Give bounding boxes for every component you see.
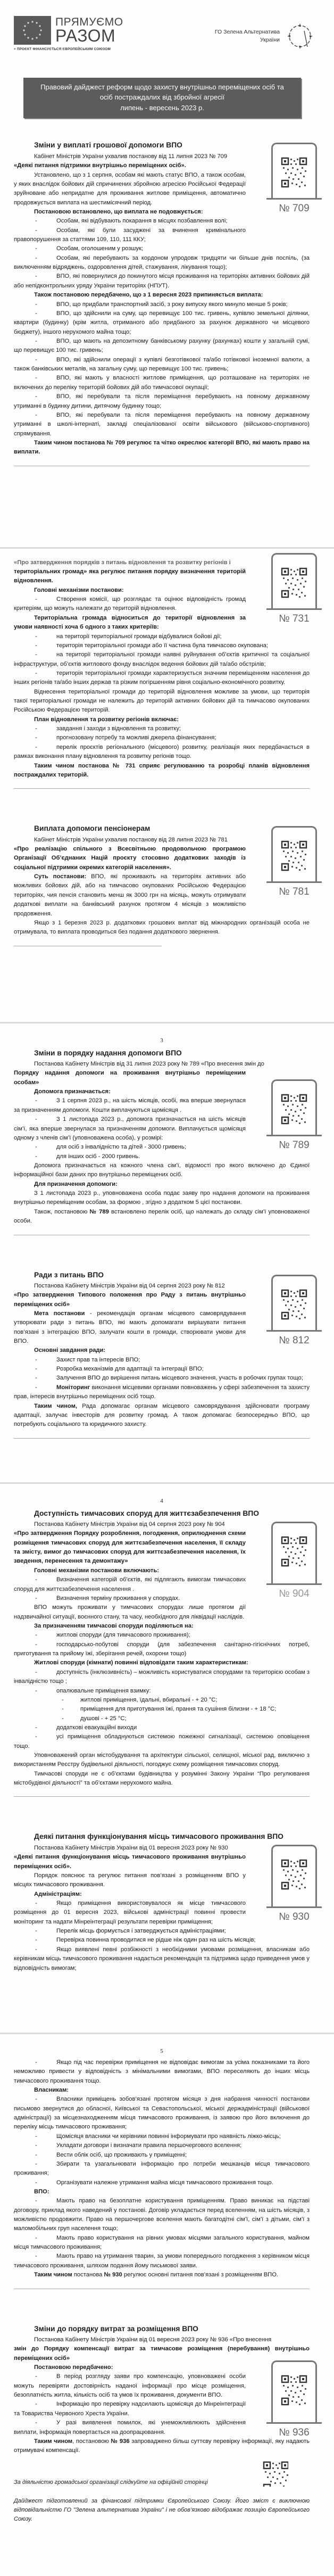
goal-label: Мета постанови <box>34 1310 85 1317</box>
list-item: В період розгляду заяви про компенсацію,… <box>14 2372 246 2400</box>
list-item: Особам, які були засуджені за вчинення к… <box>14 226 246 245</box>
list-item: Створення комісії, що розглядає та оціню… <box>14 595 246 614</box>
intro: Кабінет Міністрів України ухвалив постан… <box>14 836 246 845</box>
qr-label: № 904 <box>268 1586 320 1601</box>
section-heading: Зміни у виплаті грошової допомоги ВПО <box>14 139 310 151</box>
list-item: на території територіальної громади наяв… <box>14 650 310 669</box>
list-item: У разі виявлення помилок, які унеможливл… <box>14 2418 246 2437</box>
list-title: Постановою встановлено, що виплата не по… <box>14 208 246 217</box>
section-resolution-709: № 709 Зміни у виплаті грошової допомоги … <box>14 139 310 466</box>
section-heading: Зміни до порядку витрат за розміщення ВП… <box>14 2323 310 2334</box>
list-item: Залучення ВПО до вирішення питань місцев… <box>14 1374 310 1383</box>
list-title: Адміністраціям: <box>14 1890 246 1899</box>
section-heading: Зміни в порядку надання допомоги ВПО <box>14 1047 310 1059</box>
list-item: ВПО, що придбали транспортний засіб, з р… <box>14 300 310 309</box>
title-line-3: липень - вересень 2023 р. <box>29 103 296 113</box>
list-item: ВПО, які здійснили операції з купівлі бе… <box>14 356 310 374</box>
list-item: Якщо виявлені певні розбіжності з необхі… <box>14 1945 310 1973</box>
qr-card-731[interactable]: № 731 <box>268 553 320 626</box>
list-item: Перевірка повинна проводитися не рідше н… <box>14 1936 310 1945</box>
list-title: Також постановою передбачено, що з 1 вер… <box>14 291 310 300</box>
list-item: територія територіальної громади або її … <box>14 641 310 650</box>
paragraph: ВПО можуть проживати у тимчасових споруд… <box>14 1603 246 1622</box>
conclusion: Таким чином постанова № 709 регулює та ч… <box>14 439 310 457</box>
list-title: Головні механізми постанови: <box>14 586 246 595</box>
monitoring-label: Моніторинг <box>56 1384 90 1391</box>
section-heading: Ради з питань ВПО <box>14 1269 310 1281</box>
section-resolution-930: № 930 Деякі питання функціонування місць… <box>14 1831 310 1972</box>
resolution-title: «Про реалізацію спільного з Всесвітньою … <box>14 845 246 872</box>
page-number: 5 <box>14 2047 310 2056</box>
qr-card-781[interactable]: № 781 <box>268 826 320 899</box>
section-resolution-731: № 731 «Про затвердження порядків з питан… <box>14 558 310 789</box>
list-item: Захист прав та інтересів ВПО; <box>14 1356 246 1365</box>
list-title: За призначенням тимчасові споруди поділя… <box>14 1622 310 1631</box>
title-line-1: Правовий дайджест реформ щодо захисту вн… <box>29 82 296 93</box>
qr-card-904[interactable]: № 904 <box>268 1522 320 1601</box>
list-item: Мають право на утримання тварин, за умов… <box>14 2252 310 2270</box>
intro: Постанова Кабінету Міністрів України від… <box>14 1520 246 1529</box>
qr-code-icon <box>281 157 307 188</box>
conclusion-mid: , постановою <box>72 2438 109 2445</box>
list-item: Особам, які відбувають покарання в місця… <box>14 217 246 226</box>
list-item: Якщо приміщення використовувалося як міс… <box>14 1899 246 1927</box>
eu-flag-icon <box>14 16 51 45</box>
section-resolution-904: № 904 Доступність тимчасових споруд для … <box>14 1508 310 1797</box>
intro: Постанова Кабінету Міністрів від 31 липн… <box>14 1060 310 1069</box>
list-subitem: приміщення для приготування їжі, прання … <box>14 1705 310 1714</box>
qr-code-icon <box>281 2375 307 2406</box>
list-subitem: житлові приміщення, їдальні, вбиральні -… <box>14 1696 310 1705</box>
paragraph: Порядок пояснює та регулює питання пов’я… <box>14 1871 246 1890</box>
section-divider <box>14 1235 310 1235</box>
digest-title-banner: Правовий дайджест реформ щодо захисту вн… <box>23 78 301 119</box>
qr-label: № 709 <box>268 201 320 216</box>
list-item: З 1 листопада 2023 р., допомога признача… <box>14 1115 246 1143</box>
conclusion: регулює основні питання пов’язані з розм… <box>124 2272 278 2278</box>
list-item: ВПО, що мають на депозитному банківськом… <box>14 337 310 356</box>
list-item: ВПО, що здійснили на суму, що перевищує … <box>14 309 310 337</box>
resolution-title: змін до Порядку компенсації витрат за ти… <box>14 2344 310 2363</box>
list-title: Територіальна громада відноситься до тер… <box>14 614 246 632</box>
paragraph: Допомога призначається на кожного члена … <box>14 1161 310 1180</box>
org-name-line-1: ГО Зелена Альтернатива <box>215 28 280 36</box>
list-item: ВПО, які перебували та після переміщення… <box>14 392 310 411</box>
list-item: житлові споруди (для тимчасового прожива… <box>14 1631 310 1640</box>
intro: Постанова Кабінету Міністрів України від… <box>14 1282 246 1291</box>
list-item: Розробка механізмів для адаптації та інт… <box>14 1365 310 1374</box>
essence-label: Суть постанови: <box>34 873 86 880</box>
qr-card-812[interactable]: № 812 <box>268 1275 320 1348</box>
qr-label: № 781 <box>268 884 320 899</box>
intro: Постанова Кабінету Міністрів України від… <box>14 1844 246 1853</box>
qr-card-709[interactable]: № 709 <box>268 143 320 216</box>
list-title: Житлові споруди (кімнати) повинні відпов… <box>14 1658 310 1667</box>
section-heading: Деякі питання функціонування місць тимча… <box>14 1831 310 1842</box>
compass-emblem-icon <box>285 21 315 51</box>
paragraph: З 1 листопада 2023 р., уповноважена особ… <box>14 1189 310 1208</box>
qr-label: № 936 <box>268 2425 320 2440</box>
page-1: ПРЯМУЄМО РАЗОМ + ПРОЄКТ ФІНАНСУЄТЬСЯ ЄВР… <box>0 0 334 547</box>
paragraph: Уповноважений орган містобудування та ар… <box>14 1751 310 1770</box>
resolution-title-cut: «Про затвердження порядків з питань відн… <box>14 558 246 567</box>
section-resolution-936: № 936 Зміни до порядку витрат за розміще… <box>14 2323 310 2456</box>
title-line-2: осіб постраждалих від збройної агресії <box>29 92 296 103</box>
list-item: усі приміщення обладнуються системою пож… <box>14 1732 310 1751</box>
resolution-title: територіальних громад» яка регулює питан… <box>14 567 246 586</box>
section-divider <box>14 946 162 946</box>
list-item: ВПО, які мають у власності житлове примі… <box>14 374 310 392</box>
list-item: Особам, оголошеним у розшук; <box>14 244 310 253</box>
list-item: завдання і заходи з відновлення та розви… <box>14 724 310 733</box>
section-divider <box>14 466 310 466</box>
list-subitem: душові - + 25 °С; <box>14 1714 310 1723</box>
list-item: прогнозовану потребу та можливі джерела … <box>14 733 310 742</box>
conclusion-pre: Також, постановою <box>34 1209 87 1215</box>
brand-line-2: РАЗОМ <box>55 28 123 44</box>
list-item: Укладати договори і визначати правила пе… <box>14 2141 310 2150</box>
paragraph: Якщо з 1 березня 2023 р. додаткових грош… <box>14 919 310 937</box>
list-item: для інших осіб - 2000 гривень. <box>14 1152 246 1161</box>
list-item: доступність (інклюзивність) – можливість… <box>14 1668 310 1687</box>
document-header: ПРЯМУЄМО РАЗОМ + ПРОЄКТ ФІНАНСУЄТЬСЯ ЄВР… <box>14 10 310 52</box>
paragraph: Установлено, що з 1 серпня, особам які м… <box>14 171 246 208</box>
list-item: Власники приміщень зобов’язані протягом … <box>14 2095 310 2132</box>
resolution-number: № 936 <box>111 2438 129 2445</box>
page-5: 5 Якщо під час перевірки приміщення не в… <box>0 2033 334 2576</box>
list-title: Головні механізми постанови включають: <box>14 1566 246 1575</box>
project-logo: ПРЯМУЄМО РАЗОМ + ПРОЄКТ ФІНАНСУЄТЬСЯ ЄВР… <box>14 16 123 52</box>
list-item: Особам, які перебувають за кордоном упро… <box>14 254 310 273</box>
list-title: План відновлення та розвитку регіонів вк… <box>14 715 310 724</box>
page-4: 4 № 904 Доступність тимчасових споруд дл… <box>0 1482 334 2033</box>
list-item: Мають право на безоплатне користування п… <box>14 2197 310 2233</box>
conclusion-label: Таким чином <box>34 2272 72 2278</box>
resolution-number: № 930 <box>104 2272 122 2278</box>
qr-code-icon <box>281 567 307 598</box>
section-resolution-781: № 781 Виплата допомоги пенсіонерам Кабін… <box>14 823 310 946</box>
list-item: Організувати належне утримання майна міс… <box>14 2178 310 2187</box>
list-item: Вести облік осіб, що проживають у приміщ… <box>14 2151 310 2160</box>
resolution-title: «Про затвердження Типового положення про… <box>14 1291 246 1309</box>
conclusion: Таким чином постанова № 731 сприяє регул… <box>14 762 310 780</box>
list-item: перелік проєктів регіонального (місцевог… <box>14 743 310 762</box>
list-title: Основні завдання ради: <box>14 1346 246 1355</box>
paragraph: Віднесення територіальної громади до тер… <box>14 688 310 715</box>
org-logo: ГО Зелена Альтернатива України <box>215 21 315 51</box>
resolution-title: «Деякі питання функціонування місць тимч… <box>14 1853 246 1871</box>
list-item: опалювальне приміщення взимку: <box>14 1687 310 1696</box>
resolution-title: «Про затвердження Порядку розроблення, п… <box>14 1529 246 1566</box>
page-2: № 731 «Про затвердження порядків з питан… <box>0 547 334 1022</box>
resolution-title: Порядку надання допомоги на проживання в… <box>14 1069 246 1087</box>
list-item: ВПО, які повернулися до покинутого місця… <box>14 272 310 291</box>
list-item: Інформацію про перевірку надсилають щомі… <box>14 2400 246 2418</box>
page-number: 4 <box>14 1497 310 1506</box>
qr-label: № 731 <box>268 611 320 626</box>
list-title: Власникам: <box>14 2086 310 2095</box>
conclusion-label: Таким чином <box>34 2438 72 2445</box>
qr-card-936[interactable]: № 936 <box>268 2360 320 2440</box>
list-title: Постановою передбачено: <box>14 2363 246 2372</box>
section-divider <box>14 1796 310 1797</box>
list-item: ВПО, які перебували та після переміщення… <box>14 411 310 439</box>
list-item: Збирати та узагальнювати інформацію про … <box>14 2160 310 2178</box>
qr-code-icon <box>281 1094 307 1125</box>
page-3: 3 № 789 Зміни в порядку надання допомоги… <box>0 1022 334 1482</box>
eu-funding-caption: + ПРОЄКТ ФІНАНСУЄТЬСЯ ЄВРОПЕЙСЬКИМ СОЮЗО… <box>14 47 123 52</box>
section-resolution-930-continued: Якщо під час перевірки приміщення не від… <box>14 2058 310 2289</box>
intro: Постанова Кабінету Міністрів України від… <box>14 2335 310 2344</box>
paragraph: Тимчасові споруди не є об’єктами будівни… <box>14 1770 310 1788</box>
qr-label: № 812 <box>268 1333 320 1348</box>
page-number: 3 <box>14 1036 310 1045</box>
qr-code-icon <box>281 1289 307 1320</box>
list-item: Перелік місць формується і затверджуєтьс… <box>14 1927 246 1936</box>
section-divider <box>14 2289 310 2289</box>
qr-code-icon <box>281 1859 307 1890</box>
section-resolution-789: № 789 Зміни в порядку надання допомоги В… <box>14 1047 310 1235</box>
list-item: господарсько-побутові споруди (для забез… <box>14 1640 310 1659</box>
list-title: Допомога призначається: <box>14 1087 246 1096</box>
section-heading: Доступність тимчасових споруд для життєз… <box>14 1508 310 1519</box>
footer: За діяльністю громадської організації сл… <box>14 2471 310 2524</box>
section-divider <box>14 1438 310 1439</box>
list-item: Мають право користування на рівних умова… <box>14 2234 310 2252</box>
resolution-number: № 789 <box>90 1209 109 1215</box>
list-item: Якщо під час перевірки приміщення не від… <box>14 2058 310 2086</box>
qr-code-icon <box>281 1536 307 1567</box>
disclaimer: Дайджест підготовлений за фінансової під… <box>14 2497 310 2524</box>
list-item: З 1 серпня 2023 р., на шість місяців, ос… <box>14 1096 246 1115</box>
list-title: Для призначення допомоги: <box>14 1180 310 1189</box>
list-item: додаткові евакуаційні виходи <box>14 1723 310 1732</box>
section-divider <box>14 788 310 789</box>
intro: Кабінет Міністрів України ухвалив постан… <box>14 152 246 161</box>
list-item: для осіб з інвалідністю та дітей - 3000 … <box>14 1143 246 1152</box>
qr-card-930[interactable]: № 930 <box>268 1845 320 1925</box>
list-item: Визначення терміну проживання у спорудах… <box>14 1594 246 1603</box>
section-resolution-812: № 812 Ради з питань ВПО Постанова Кабіне… <box>14 1269 310 1439</box>
essence-text: ВПО, які проживають на територіях активн… <box>14 873 246 917</box>
qr-card-789[interactable]: № 789 <box>268 1079 320 1153</box>
conclusion-label: Таким чином, <box>34 1403 77 1409</box>
list-title: ВПО: <box>14 2187 310 2197</box>
resolution-title: «Деякі питання підтримки внутрішньо пере… <box>14 161 246 170</box>
list-item: територія територіальної громади характе… <box>14 669 310 688</box>
list-item: Щомісяця власники чи керівники повинні і… <box>14 2132 310 2141</box>
qr-code-icon <box>281 840 307 871</box>
org-name-line-2: України <box>215 36 280 44</box>
qr-label: № 930 <box>268 1909 320 1925</box>
qr-code-icon[interactable] <box>263 2461 288 2487</box>
list-item: на території територіальної громади відб… <box>14 632 310 641</box>
list-item: Визначення категорій об'єктів, які підля… <box>14 1575 246 1594</box>
qr-label: № 789 <box>268 1137 320 1153</box>
section-heading: Виплата допомоги пенсіонерам <box>14 823 310 834</box>
conclusion-mid: постанова <box>74 2272 103 2278</box>
